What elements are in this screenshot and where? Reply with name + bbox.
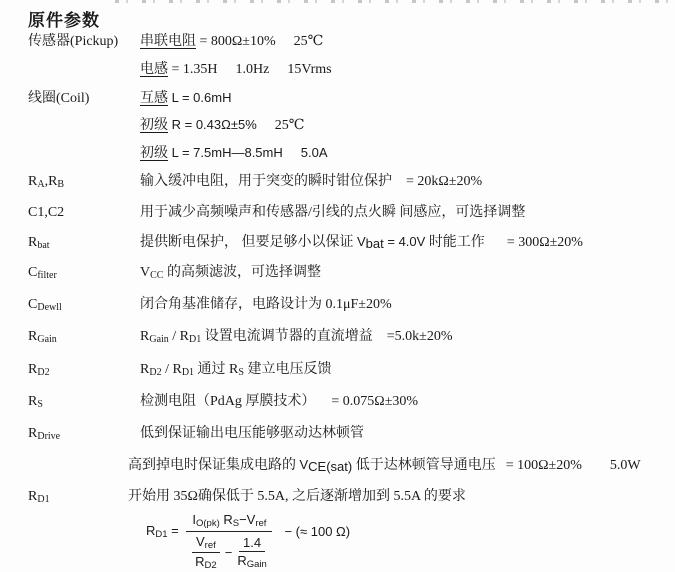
text-run: V: [196, 534, 205, 549]
text-run: = 1.35H: [168, 62, 218, 77]
text-run: Drive: [37, 431, 60, 442]
text-run: R: [195, 554, 204, 569]
text-run: D1: [37, 494, 49, 505]
text-run: R: [146, 523, 155, 538]
rd1-formula: RD1 = IO(pk) RS−Vref Vref RD2 − 1.4 RGai…: [146, 512, 350, 571]
text-run: 1.0Hz: [236, 62, 270, 77]
text-run: R: [28, 362, 37, 377]
text-run: 5.0A: [301, 145, 328, 160]
description-r-drive: 低到保证输出电压能够驱动达林顿管: [140, 424, 364, 443]
text-run: R: [237, 553, 246, 568]
text-run: V: [357, 234, 366, 249]
param-row-r-bat: Rbat提供断电保护， 但要足够小以保证 Vbat = 4.0V 时能工作= 3…: [28, 232, 668, 255]
param-row-coil-primary-resistance: 初级 R = 0.43Ω±5%25℃: [28, 115, 668, 135]
formula-result: − (≈ 100 Ω): [284, 524, 350, 539]
description-c-dewll: 闭合角基准储存，电路设计为 0.1μF±20%: [140, 295, 392, 314]
text-run: 线圈(Coil): [28, 91, 89, 106]
text-run: 建立电压反馈: [244, 362, 332, 377]
description-r-drive-continued: 高到掉电时保证集成电路的 VCE(sat) 低于达林顿管导通电压= 100Ω±2…: [128, 455, 641, 476]
text-run: D1: [182, 367, 194, 378]
text-run: ref: [255, 518, 266, 529]
text-run: R: [140, 362, 149, 377]
text-run: 串联电阻: [140, 34, 196, 49]
term-r-bat: Rbat: [28, 233, 140, 255]
param-row-r-drive: RDrive低到保证输出电压能够驱动达林顿管: [28, 424, 668, 446]
text-run: L = 7.5mH—8.5mH: [168, 145, 283, 160]
text-run: Gain: [149, 334, 168, 345]
text-run: = 0.075Ω±30%: [331, 394, 418, 409]
param-row-r-d2: RD2RD2 / RD1 通过 RS 建立电压反馈: [28, 360, 668, 382]
text-run: Gain: [37, 334, 56, 345]
text-run: 低于达林顿管导通电压: [352, 458, 496, 473]
param-row-c-filter: CfilterVCC 的高频滤波，可选择调整: [28, 263, 668, 285]
text-run: Dewll: [37, 302, 61, 313]
text-run: C: [28, 265, 37, 280]
text-run: R: [140, 329, 149, 344]
formula-numerator: IO(pk) RS−Vref: [186, 512, 272, 531]
text-run: R: [28, 235, 37, 250]
scan-artifact-top: [115, 0, 671, 3]
text-run: 25℃: [275, 118, 305, 133]
term-c1-c2: C1,C2: [28, 203, 140, 222]
description-coil-primary-resistance: 初级 R = 0.43Ω±5%25℃: [140, 115, 304, 135]
text-run: CE(sat): [308, 459, 352, 474]
term-r-drive: RDrive: [28, 424, 140, 446]
text-run: 25℃: [294, 34, 324, 49]
text-run: V: [300, 457, 309, 472]
text-run: C: [28, 297, 37, 312]
text-run: bat: [366, 236, 384, 251]
fraction-14-over-rgain: 1.4 RGain: [237, 535, 266, 570]
text-run: = 300Ω±20%: [507, 235, 583, 250]
param-row-r-d1: RD1开始用 35Ω确保低于 5.5A, 之后逐渐增加到 5.5A 的要求: [28, 487, 668, 509]
description-r-s: 检测电阻（PdAg 厚膜技术）= 0.075Ω±30%: [140, 392, 418, 411]
text-run: 输入缓冲电阻，用于突变的瞬时钳位保护: [140, 174, 392, 189]
text-run: L = 0.6mH: [168, 90, 231, 105]
text-run: 提供断电保护， 但要足够小以保证: [140, 235, 357, 250]
param-row-coil-primary-inductance: 初级 L = 7.5mH—8.5mH5.0A: [28, 143, 668, 163]
param-row-pickup-series-resistance: 传感器(Pickup)串联电阻 = 800Ω±10%25℃: [28, 32, 668, 51]
text-run: 初级: [140, 146, 168, 161]
text-run: R: [28, 394, 37, 409]
fraction-numerator: Vref: [192, 534, 220, 553]
text-run: R = 0.43Ω±5%: [168, 117, 257, 132]
param-row-coil-mutual-inductance: 线圈(Coil)互感 L = 0.6mH: [28, 88, 668, 108]
term-coil-mutual-inductance: 线圈(Coil): [28, 89, 140, 108]
text-run: 设置电流调节器的直流增益: [201, 329, 373, 344]
description-r-bat: 提供断电保护， 但要足够小以保证 Vbat = 4.0V 时能工作= 300Ω±…: [140, 232, 583, 253]
text-run: A: [37, 179, 44, 190]
text-run: 电感: [140, 62, 168, 77]
text-run: R: [28, 174, 37, 189]
term-r-d2: RD2: [28, 360, 140, 382]
text-run: 低到保证输出电压能够驱动达林顿管: [140, 426, 364, 441]
fraction-denominator: RD2: [195, 553, 217, 571]
text-run: D1: [155, 529, 167, 540]
text-run: D1: [189, 334, 201, 345]
param-row-r-drive-continued: 高到掉电时保证集成电路的 VCE(sat) 低于达林顿管导通电压= 100Ω±2…: [28, 455, 668, 476]
text-run: 传感器(Pickup): [28, 34, 118, 49]
text-run: C1,C2: [28, 205, 64, 220]
description-coil-primary-inductance: 初级 L = 7.5mH—8.5mH5.0A: [140, 143, 328, 163]
text-run: ref: [205, 540, 216, 551]
formula-main-fraction: IO(pk) RS−Vref Vref RD2 − 1.4 RGain: [186, 512, 272, 571]
description-pickup-series-resistance: 串联电阻 = 800Ω±10%25℃: [140, 32, 323, 51]
minus-sign: −: [225, 545, 233, 560]
term-pickup-series-resistance: 传感器(Pickup): [28, 32, 140, 51]
text-run: CC: [150, 270, 163, 281]
text-run: 1.4: [243, 535, 261, 550]
text-run: Gain: [247, 559, 267, 570]
text-run: = 800Ω±10%: [196, 34, 276, 49]
text-run: = 20kΩ±20%: [406, 174, 482, 189]
text-run: 高到掉电时保证集成电路的: [128, 458, 300, 473]
param-row-c1-c2: C1,C2用于减少高频噪声和传感器/引线的点火瞬 间感应，可选择调整: [28, 203, 668, 222]
text-run: filter: [37, 270, 56, 281]
term-r-gain: RGain: [28, 327, 140, 349]
fraction-denominator: RGain: [237, 552, 266, 570]
term-c-dewll: CDewll: [28, 295, 140, 317]
text-run: / R: [169, 329, 189, 344]
description-r-gain: RGain / RD1 设置电流调节器的直流增益=5.0k±20%: [140, 327, 453, 349]
text-run: 通过 R: [194, 362, 238, 377]
param-row-c-dewll: CDewll闭合角基准储存，电路设计为 0.1μF±20%: [28, 295, 668, 317]
formula-denominator: Vref RD2 − 1.4 RGain: [189, 532, 270, 571]
description-r-d2: RD2 / RD1 通过 RS 建立电压反馈: [140, 360, 331, 382]
text-run: R: [28, 489, 37, 504]
text-run: = 100Ω±20%: [506, 458, 582, 473]
text-run: 初级: [140, 118, 168, 133]
text-run: 互感: [140, 91, 168, 106]
param-row-ra-rb: RA,RB输入缓冲电阻，用于突变的瞬时钳位保护= 20kΩ±20%: [28, 172, 668, 194]
param-row-r-s: RS检测电阻（PdAg 厚膜技术）= 0.075Ω±30%: [28, 392, 668, 414]
text-run: 15Vrms: [287, 62, 331, 77]
formula-lhs: RD1 =: [146, 523, 182, 540]
param-row-r-gain: RGainRGain / RD1 设置电流调节器的直流增益=5.0k±20%: [28, 327, 668, 349]
text-run: 闭合角基准储存，电路设计为 0.1μF±20%: [140, 297, 392, 312]
text-run: =5.0k±20%: [387, 329, 453, 344]
text-run: D2: [205, 560, 217, 571]
text-run: 检测电阻（PdAg 厚膜技术）: [140, 394, 315, 409]
text-run: =: [168, 523, 183, 538]
text-run: / R: [162, 362, 182, 377]
param-row-pickup-inductance: 电感 = 1.35H1.0Hz15Vrms: [28, 60, 668, 79]
page-title: 原件参数: [28, 6, 100, 31]
description-c-filter: VCC 的高频滤波，可选择调整: [140, 263, 321, 285]
fraction-numerator: 1.4: [239, 535, 265, 552]
text-run: 用于减少高频噪声和传感器/引线的点火瞬 间感应，可选择调整: [140, 205, 525, 220]
text-run: R: [220, 512, 233, 527]
text-run: S: [37, 399, 43, 410]
text-run: −V: [239, 512, 255, 527]
description-ra-rb: 输入缓冲电阻，用于突变的瞬时钳位保护= 20kΩ±20%: [140, 172, 482, 191]
text-run: R: [28, 426, 37, 441]
term-r-d1: RD1: [28, 487, 128, 509]
text-run: D2: [149, 367, 161, 378]
term-c-filter: Cfilter: [28, 263, 140, 285]
text-run: R: [28, 329, 37, 344]
text-run: 的高频滤波，可选择调整: [163, 265, 321, 280]
description-pickup-inductance: 电感 = 1.35H1.0Hz15Vrms: [140, 60, 332, 79]
text-run: 开始用 35Ω确保低于 5.5A, 之后逐渐增加到 5.5A 的要求: [128, 489, 466, 504]
text-run: 时能工作: [425, 235, 485, 250]
description-c1-c2: 用于减少高频噪声和传感器/引线的点火瞬 间感应，可选择调整: [140, 203, 525, 222]
description-coil-mutual-inductance: 互感 L = 0.6mH: [140, 88, 231, 108]
text-run: bat: [37, 240, 49, 251]
text-run: D2: [37, 367, 49, 378]
text-run: = 4.0V: [384, 234, 426, 249]
description-r-d1: 开始用 35Ω确保低于 5.5A, 之后逐渐增加到 5.5A 的要求: [128, 487, 466, 506]
term-r-s: RS: [28, 392, 140, 414]
text-run: O(pk): [196, 518, 220, 529]
text-run: V: [140, 265, 150, 280]
term-ra-rb: RA,RB: [28, 172, 140, 194]
document-page: { "heading": "原件参数", "colors": { "text":…: [0, 0, 675, 572]
text-run: 5.0W: [610, 458, 641, 473]
text-run: B: [57, 179, 64, 190]
fraction-vref-over-rd2: Vref RD2: [192, 534, 220, 571]
